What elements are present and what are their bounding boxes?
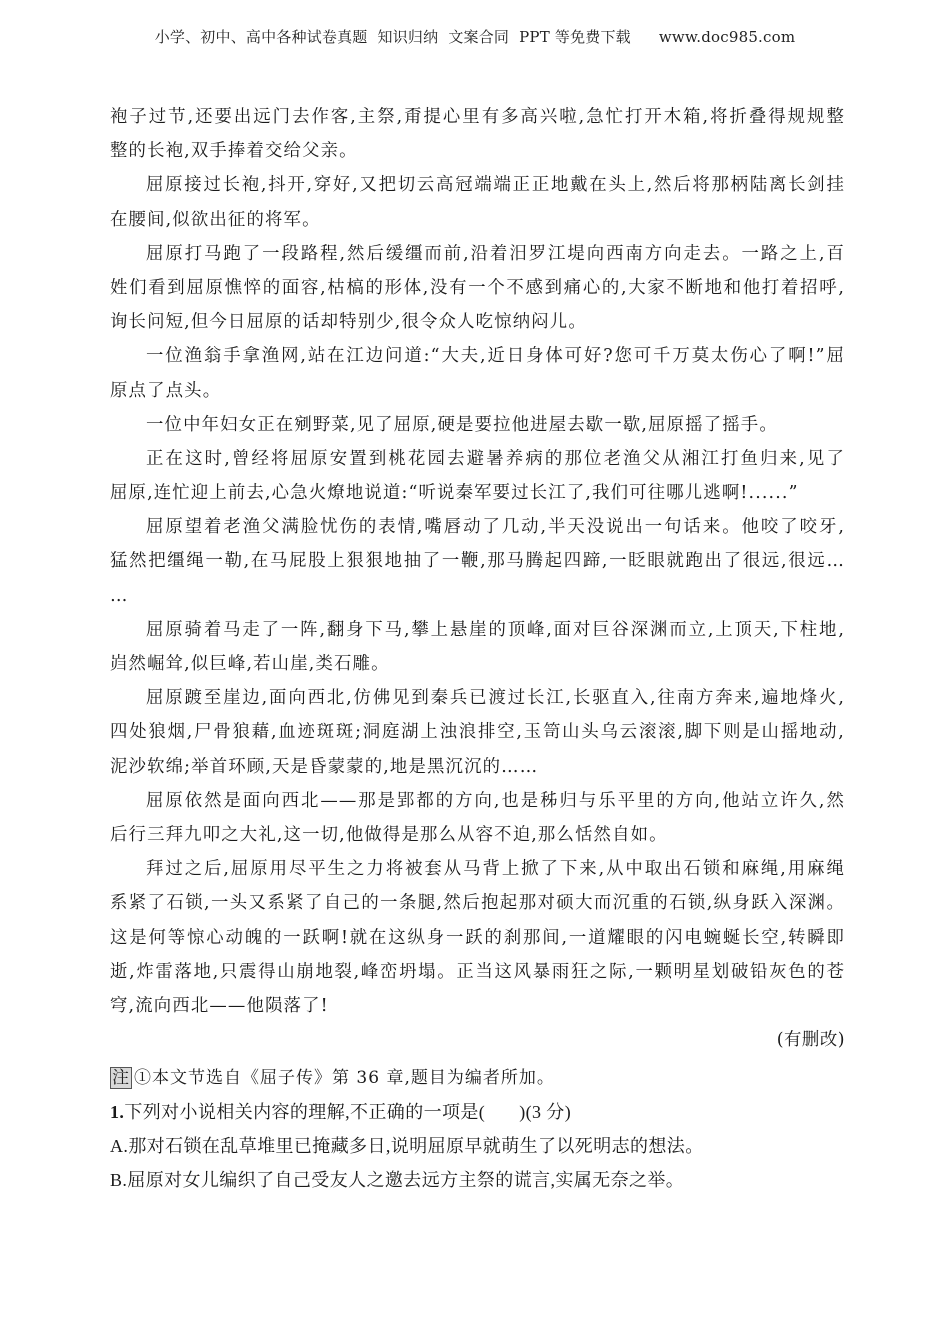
article-line: 屈原,连忙迎上前去,心急火燎地说道:“听说秦军要过长江了,我们可往哪儿逃啊!..… bbox=[110, 476, 845, 510]
article-line: 在腰间,似欲出征的将军。 bbox=[110, 203, 845, 237]
question-stem-after: )(3 分) bbox=[519, 1102, 571, 1122]
header-website[interactable]: www.doc985.com bbox=[659, 28, 795, 46]
article-line: 泥沙软绵;举首环顾,天是昏蒙蒙的,地是黑沉沉的…… bbox=[110, 750, 845, 784]
option-b[interactable]: B.屈原对女儿编织了自己受友人之邀去远方主祭的谎言,实属无奈之举。 bbox=[110, 1163, 845, 1197]
article-line: 屈原依然是面向西北——那是郢都的方向,也是秭归与乐平里的方向,他站立许久,然 bbox=[110, 784, 845, 818]
article-line: 系紧了石锁,一头又系紧了自己的一条腿,然后抱起那对硕大而沉重的石锁,纵身跃入深渊… bbox=[110, 886, 845, 920]
article-line: 屈原接过长袍,抖开,穿好,又把切云高冠端端正正地戴在头上,然后将那柄陆离长剑挂 bbox=[110, 168, 845, 202]
edited-note: (有删改) bbox=[110, 1023, 845, 1057]
option-label: A. bbox=[110, 1136, 128, 1156]
option-text: 那对石锁在乱草堆里已掩藏多日,说明屈原早就萌生了以死明志的想法。 bbox=[128, 1136, 703, 1156]
article-line: 屈原骑着马走了一阵,翻身下马,攀上悬崖的顶峰,面对巨谷深渊而立,上顶天,下柱地, bbox=[110, 613, 845, 647]
article-line: 袍子过节,还要出远门去作客,主祭,甭提心里有多高兴啦,急忙打开木箱,将折叠得规规… bbox=[110, 100, 845, 134]
option-a[interactable]: A.那对石锁在乱草堆里已掩藏多日,说明屈原早就萌生了以死明志的想法。 bbox=[110, 1129, 845, 1163]
document-page: 袍子过节,还要出远门去作客,主祭,甭提心里有多高兴啦,急忙打开木箱,将折叠得规规… bbox=[110, 100, 845, 1197]
article-line: 屈原打马跑了一段路程,然后缓缰而前,沿着汨罗江堤向西南方向走去。一路之上,百 bbox=[110, 237, 845, 271]
article-line: 猛然把缰绳一勒,在马屁股上狠狠地抽了一鞭,那马腾起四蹄,一眨眼就跑出了很远,很远… bbox=[110, 544, 845, 578]
note-badge: 注 bbox=[110, 1067, 132, 1089]
header-middle-text-1: 知识归纳 bbox=[378, 28, 439, 46]
article-line: 后行三拜九叩之大礼,这一切,他做得是那么从容不迫,那么恬然自如。 bbox=[110, 818, 845, 852]
option-text: 屈原对女儿编织了自己受友人之邀去远方主祭的谎言,实属无奈之举。 bbox=[127, 1170, 684, 1190]
option-label: B. bbox=[110, 1170, 127, 1190]
article-line: 屈原望着老渔父满脸忧伤的表情,嘴唇动了几动,半天没说出一句话来。他咬了咬牙, bbox=[110, 510, 845, 544]
article-line: 整的长袍,双手捧着交给父亲。 bbox=[110, 134, 845, 168]
question-stem-before: 下列对小说相关内容的理解,不正确的一项是( bbox=[124, 1102, 485, 1122]
article-line: … bbox=[110, 579, 845, 613]
question-stem: 1.下列对小说相关内容的理解,不正确的一项是()(3 分) bbox=[110, 1095, 845, 1129]
article-line: 逝,炸雷落地,只震得山崩地裂,峰峦坍塌。正当这风暴雨狂之际,一颗明星划破铅灰色的… bbox=[110, 955, 845, 989]
header-middle-text-3: PPT 等免费下载 bbox=[519, 28, 631, 46]
article-line: 四处狼烟,尸骨狼藉,血迹斑斑;洞庭湖上浊浪排空,玉笥山头乌云滚滚,脚下则是山摇地… bbox=[110, 715, 845, 749]
article-line: 姓们看到屈原憔悴的面容,枯槁的形体,没有一个不感到痛心的,大家不断地和他打着招呼… bbox=[110, 271, 845, 305]
article-line: 正在这时,曾经将屈原安置到桃花园去避暑养病的那位老渔父从湘江打鱼归来,见了 bbox=[110, 442, 845, 476]
article-body: 袍子过节,还要出远门去作客,主祭,甭提心里有多高兴啦,急忙打开木箱,将折叠得规规… bbox=[110, 100, 845, 1023]
footnote-text: ①本文节选自《屈子传》第 36 章,题目为编者所加。 bbox=[134, 1068, 555, 1088]
article-line: 原点了点头。 bbox=[110, 374, 845, 408]
page-header-banner: 小学、初中、高中各种试卷真题知识归纳文案合同PPT 等免费下载www.doc98… bbox=[0, 26, 950, 47]
article-line: 岿然崛耸,似巨峰,若山崖,类石雕。 bbox=[110, 647, 845, 681]
header-middle-text-2: 文案合同 bbox=[448, 28, 509, 46]
article-line: 询长问短,但今日屈原的话却特别少,很令众人吃惊纳闷儿。 bbox=[110, 305, 845, 339]
header-left-text: 小学、初中、高中各种试卷真题 bbox=[155, 28, 368, 46]
article-line: 一位中年妇女正在剜野菜,见了屈原,硬是要拉他进屋去歇一歇,屈原摇了摇手。 bbox=[110, 408, 845, 442]
article-line: 穹,流向西北——他陨落了! bbox=[110, 989, 845, 1023]
footnote: 注①本文节选自《屈子传》第 36 章,题目为编者所加。 bbox=[110, 1061, 845, 1095]
question-number: 1. bbox=[110, 1102, 124, 1122]
article-line: 这是何等惊心动魄的一跃啊!就在这纵身一跃的刹那间,一道耀眼的闪电蜿蜒长空,转瞬即 bbox=[110, 921, 845, 955]
article-line: 屈原踱至崖边,面向西北,仿佛见到秦兵已渡过长江,长驱直入,往南方奔来,遍地烽火, bbox=[110, 681, 845, 715]
article-line: 拜过之后,屈原用尽平生之力将被套从马背上掀了下来,从中取出石锁和麻绳,用麻绳 bbox=[110, 852, 845, 886]
article-line: 一位渔翁手拿渔网,站在江边问道:“大夫,近日身体可好?您可千万莫太伤心了啊!”屈 bbox=[110, 339, 845, 373]
